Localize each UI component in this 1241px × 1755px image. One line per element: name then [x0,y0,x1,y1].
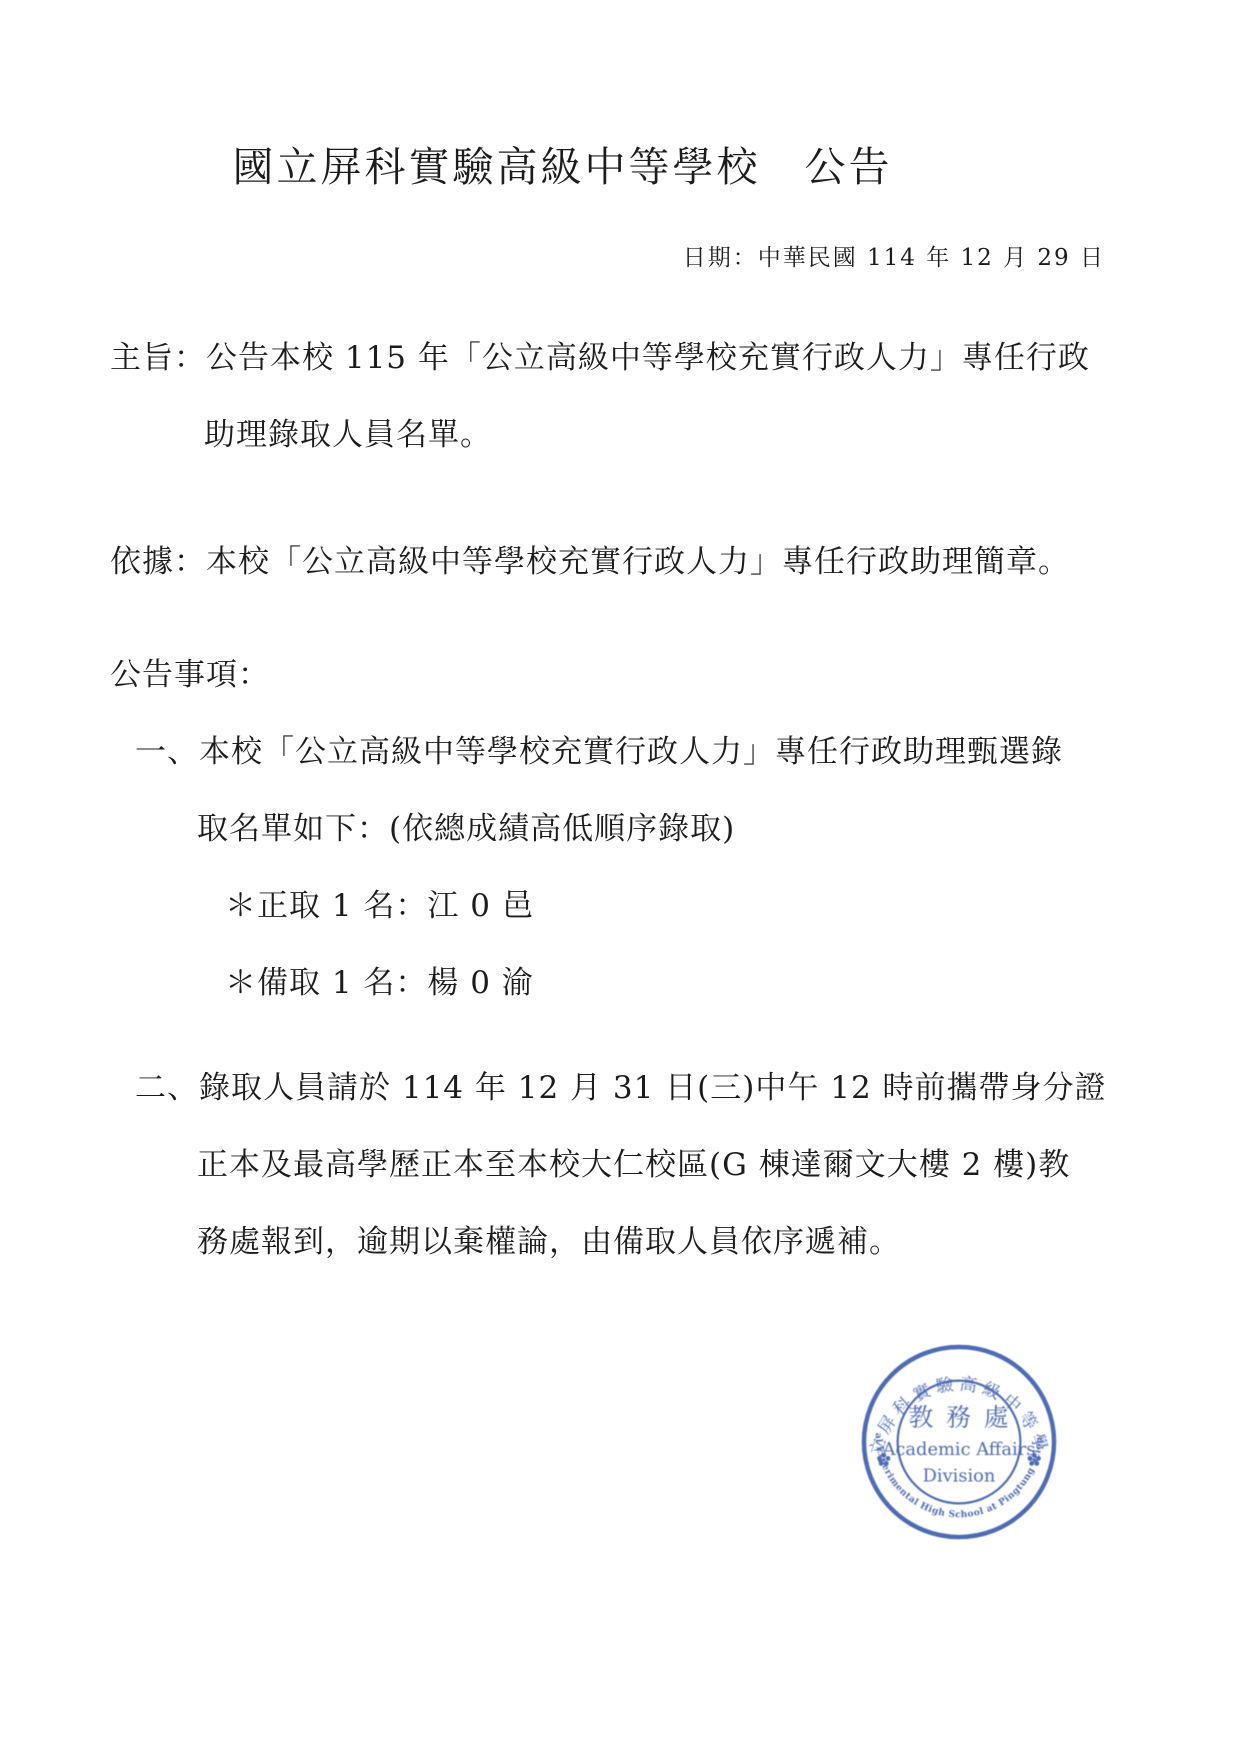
announcement-document: 國立屏科實驗高級中等學校 公告 日期：中華民國 114 年 12 月 29 日 … [0,0,1241,1755]
subject-paragraph: 主旨：公告本校 115 年「公立高級中等學校充實行政人力」專任行政 助理錄取人員… [110,320,1241,474]
item-2-line-1: 二、錄取人員請於 114 年 12 月 31 日(三)中午 12 時前攜帶身分證 [135,1050,1241,1127]
stamp-center-english-2: Division [923,1466,996,1487]
subject-line-1: 主旨：公告本校 115 年「公立高級中等學校充實行政人力」專任行政 [110,320,1241,397]
basis-paragraph: 依據：本校「公立高級中等學校充實行政人力」專任行政助理簡章。 [110,524,1241,601]
basis-label: 依據： [110,544,206,580]
date-line: 日期：中華民國 114 年 12 月 29 日 [0,239,1241,272]
basis-text: 本校「公立高級中等學校充實行政人力」專任行政助理簡章。 [206,544,1070,580]
item-2-text-1: 錄取人員請於 114 年 12 月 31 日(三)中午 12 時前攜帶身分證 [199,1070,1107,1106]
official-stamp: 國立屏科實驗高級中等學校 National Experimental High … [860,1343,1058,1541]
stamp-graphic: 國立屏科實驗高級中等學校 National Experimental High … [860,1343,1058,1541]
item-1-number: 一、 [135,734,199,770]
section-heading: 公告事項： [110,637,1241,714]
item-1-line-2: 取名單如下：(依總成績高低順序錄取) [135,791,1241,868]
item-1-text-1: 本校「公立高級中等學校充實行政人力」專任行政助理甄選錄 [199,734,1063,770]
basis-line: 依據：本校「公立高級中等學校充實行政人力」專任行政助理簡章。 [110,524,1241,601]
item-1-line-1: 一、本校「公立高級中等學校充實行政人力」專任行政助理甄選錄 [135,714,1241,791]
subject-text-1: 公告本校 115 年「公立高級中等學校充實行政人力」專任行政 [206,340,1090,376]
subject-line-2: 助理錄取人員名單。 [110,397,1241,474]
item-2-number: 二、 [135,1070,199,1106]
item-2-line-3: 務處報到，逾期以棄權論，由備取人員依序遞補。 [135,1204,1241,1281]
item-2-line-2: 正本及最高學歷正本至本校大仁校區(G 棟達爾文大樓 2 樓)教 [135,1127,1241,1204]
subject-label: 主旨： [110,340,206,376]
admitted-candidate-line: ＊正取 1 名：江 0 邑 [135,868,1241,945]
stamp-center-chinese: 教務處 [909,1403,1022,1432]
document-title: 國立屏科實驗高級中等學校 公告 [233,134,893,193]
stamp-center-english-1: Academic Affairs [882,1439,1036,1460]
backup-candidate-line: ＊備取 1 名：楊 0 渝 [135,945,1241,1022]
list-item-2: 二、錄取人員請於 114 年 12 月 31 日(三)中午 12 時前攜帶身分證… [135,1050,1241,1281]
list-item-1: 一、本校「公立高級中等學校充實行政人力」專任行政助理甄選錄 取名單如下：(依總成… [135,714,1241,1022]
